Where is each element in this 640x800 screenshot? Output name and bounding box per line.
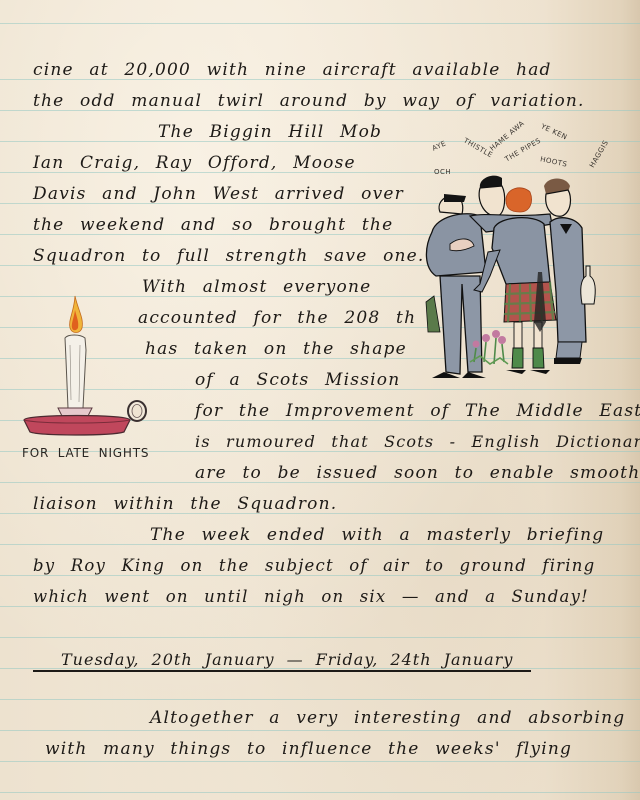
diary-line: Davis and John West arrived over xyxy=(33,184,404,204)
diary-line: cine at 20,000 with nine aircraft availa… xyxy=(33,60,552,80)
notebook-page: cine at 20,000 with nine aircraft availa… xyxy=(0,0,640,800)
candlestick-icon xyxy=(20,290,150,440)
diary-line: by Roy King on the subject of air to gro… xyxy=(33,556,595,576)
diary-line: The Biggin Hill Mob xyxy=(158,122,382,142)
diary-line: has taken on the shape xyxy=(145,339,407,359)
diary-line: The week ended with a masterly briefing xyxy=(150,525,604,545)
kilted-airmen-sketch xyxy=(410,172,600,390)
diary-line: which went on until nigh on six — and a … xyxy=(33,587,589,607)
diary-line: Altogether a very interesting and absorb… xyxy=(150,708,640,728)
diary-line: the odd manual twirl around by way of va… xyxy=(33,91,585,111)
diary-line: of a Scots Mission xyxy=(195,370,400,390)
diary-line: Squadron to full strength save one. xyxy=(33,246,425,266)
section-heading: Tuesday, 20th January — Friday, 24th Jan… xyxy=(33,650,531,672)
diary-line: Ian Craig, Ray Offord, Moose xyxy=(33,153,356,173)
candle-caption: FOR LATE NIGHTS xyxy=(22,446,149,460)
diary-line: for the Improvement of The Middle East; … xyxy=(195,401,640,421)
diary-line: accounted for the 208 th xyxy=(138,308,416,328)
diary-line: With almost everyone xyxy=(142,277,371,297)
diary-line: are to be issued soon to enable smoother xyxy=(195,463,640,483)
diary-line: is rumoured that Scots - English Diction… xyxy=(195,432,640,452)
diary-line: the weekend and so brought the xyxy=(33,215,393,235)
diary-line: with many things to influence the weeks'… xyxy=(45,739,572,759)
diary-line: liaison within the Squadron. xyxy=(33,494,337,514)
